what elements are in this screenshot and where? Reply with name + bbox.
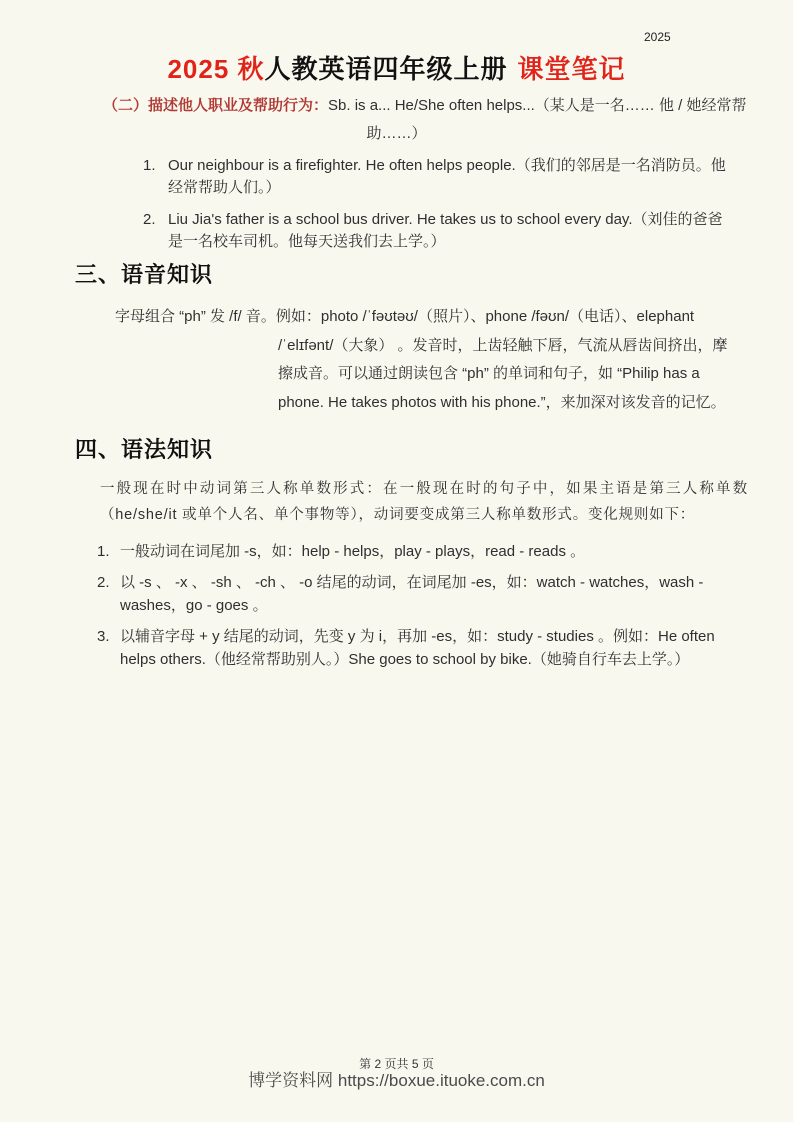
grammar-rule-1: 1. 一般动词在词尾加 -s，如：help - helps，play - pla… [97,540,749,563]
corner-year-label: 2025 [644,30,671,44]
grammar-rule-1-number: 1. [97,540,120,563]
example-item-2-number: 2. [143,209,168,253]
phonics-paragraph: 字母组合 “ph” 发 /f/ 音。例如：photo /ˈfəʊtəʊ/（照片）… [115,303,730,417]
section-heading-phonics: 三、语音知识 [75,258,213,289]
subtitle-wrap-line: 助……） [0,122,793,143]
example-item-1: 1. Our neighbour is a firefighter. He of… [143,155,728,199]
example-item-1-number: 1. [143,155,168,199]
title-suffix-red: 课堂笔记 [518,54,626,84]
phonics-line-4: phone. He takes photos with his phone.”，… [278,389,730,418]
example-item-2: 2. Liu Jia's father is a school bus driv… [143,209,728,253]
example-item-2-text: Liu Jia's father is a school bus driver.… [168,209,728,253]
grammar-rule-1-text: 一般动词在词尾加 -s，如：help - helps，play - plays，… [120,540,749,563]
phonics-line-2: /ˈelɪfənt/（大象） 。发音时，上齿轻触下唇，气流从唇齿间挤出，摩 [278,332,730,361]
grammar-rule-2-number: 2. [97,571,120,617]
grammar-intro-paragraph: 一般现在时中动词第三人称单数形式：在一般现在时的句子中，如果主语是第三人称单数（… [100,477,748,528]
grammar-rule-2-text: 以 -s 、 -x 、 -sh 、 -ch 、 -o 结尾的动词，在词尾加 -e… [120,571,749,617]
phonics-line-1: 字母组合 “ph” 发 /f/ 音。例如：photo /ˈfəʊtəʊ/（照片）… [115,303,730,332]
subtitle-label: （二）描述他人职业及帮助行为： [103,97,328,114]
example-sentence-list: 1. Our neighbour is a firefighter. He of… [143,155,728,263]
phonics-line-3: 擦成音。可以通过朗读包含 “ph” 的单词和句子，如 “Philip has a [278,360,730,389]
example-item-1-text: Our neighbour is a firefighter. He often… [168,155,728,199]
section-heading-grammar: 四、语法知识 [75,433,213,464]
grammar-rule-3-text: 以辅音字母 + y 结尾的动词，先变 y 为 i，再加 -es，如：study … [120,625,749,671]
document-title: 2025 秋人教英语四年级上册课堂笔记 [0,49,793,86]
footer-site-url: 博学资料网 https://boxue.ituoke.com.cn [0,1066,793,1091]
subtitle-text: Sb. is a... He/She often helps...（某人是一名…… [328,97,746,114]
document-page: 2025 2025 秋人教英语四年级上册课堂笔记 （二）描述他人职业及帮助行为：… [0,0,793,1122]
grammar-rule-3: 3. 以辅音字母 + y 结尾的动词，先变 y 为 i，再加 -es，如：stu… [97,625,749,671]
title-main-black: 人教英语四年级上册 [265,54,508,84]
grammar-rule-list: 1. 一般动词在词尾加 -s，如：help - helps，play - pla… [97,540,749,679]
grammar-rule-2: 2. 以 -s 、 -x 、 -sh 、 -ch 、 -o 结尾的动词，在词尾加… [97,571,749,617]
grammar-rule-3-number: 3. [97,625,120,671]
subtitle: （二）描述他人职业及帮助行为：Sb. is a... He/She often … [103,96,743,116]
title-year-red: 2025 秋 [167,54,264,84]
